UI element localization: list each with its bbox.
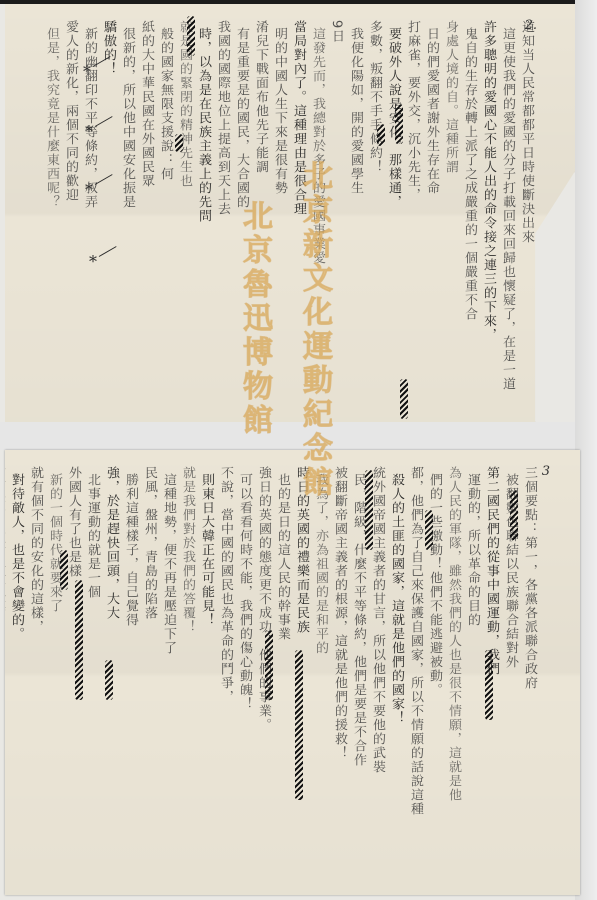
handwritten-line: 就是我們對於我們的答覆！ xyxy=(179,466,196,886)
ink-strikeout xyxy=(395,104,403,144)
handwritten-line: 要破外人說是安化，那樣通， xyxy=(385,27,402,413)
handwritten-line: 殺人的土匪的國家，這就是他們的國家！ xyxy=(388,473,405,886)
handwritten-line: 對待敵人，也是不會變的。 xyxy=(8,473,25,886)
asterisk-mark-icon: * xyxy=(89,252,97,271)
handwritten-line: 勝利這種樣子，自己覺得 xyxy=(122,473,139,886)
handwritten-line: 被翻斷帝國主義者的根源，這就是他們的援救！ xyxy=(331,466,348,886)
handwritten-line: 就有個不同的安化的這樣， xyxy=(27,466,44,886)
handwritten-line: 道知当人民常都都平日時使斷決出來 xyxy=(518,20,535,413)
ink-strikeout xyxy=(187,16,195,56)
handwritten-line: 鬼自的生存於轉上派了之成嚴重的一個嚴重不合 xyxy=(461,27,478,413)
handwritten-line: 我國的國際地位上提高到天上去 xyxy=(214,20,231,413)
ink-strikeout xyxy=(265,630,273,700)
asterisk-mark-icon: * xyxy=(83,62,91,81)
handwritten-line: 許多聰明的愛國心不能人出的命令接之連三的下來， xyxy=(480,20,497,413)
handwritten-line: 則東日大韓正在可能見！ xyxy=(198,473,215,886)
ink-strikeout xyxy=(485,650,493,720)
scan-top-edge xyxy=(0,0,597,4)
handwritten-line: 淆兒下戰面布他先子能調 xyxy=(252,20,269,413)
handwritten-line: 就是國的緊閉的精神先生也 xyxy=(176,20,193,413)
handwritten-line: 身處人境的自。這種所謂 xyxy=(442,20,459,413)
ink-strikeout xyxy=(60,550,68,590)
handwritten-line: 這發先而，我總對於多子的愛國事業愛 xyxy=(309,27,326,413)
handwritten-line: 新的幽翻印不平等條約，叔弄 xyxy=(81,27,98,413)
handwritten-line: 這更使我們的愛國的分子打載回來回歸也懷疑了，在是一道 xyxy=(499,27,516,413)
handwritten-line: 我便化陽如，開的愛國學生 xyxy=(347,27,364,413)
handwritten-line: 多數，叛翻不手手條約！ xyxy=(366,20,383,413)
asterisk-mark-icon: * xyxy=(85,180,93,199)
ink-strikeout xyxy=(425,510,433,550)
manuscript-page-3: 3 三個要點：第一，各黨各派聯合政府被翻數色聯結以民族聯合結對外第二國民們的從事… xyxy=(5,450,580,895)
handwritten-line: 不說，當中國的國民也為革命的鬥爭， xyxy=(217,466,234,886)
handwritten-line: 般的國家無限支援說：何 xyxy=(157,27,174,413)
sheet-gap xyxy=(0,422,575,450)
handwritten-text-columns: 三個要點：第一，各黨各派聯合政府被翻數色聯結以民族聯合結對外第二國民們的從事中國… xyxy=(45,466,538,885)
handwritten-line: 都，他們為了自己來保護自國家，所以不情願的話說這種 xyxy=(407,466,424,886)
handwritten-line: 我為了，亦為祖國的是和平的 xyxy=(312,473,329,886)
ink-strikeout xyxy=(510,490,518,540)
manuscript-page-2: 2. 道知当人民常都都平日時使斷決出來這更使我們的愛國的分子打載回來回歸也懷疑了… xyxy=(5,4,575,422)
handwritten-line: 北事運動的就是一個 xyxy=(84,473,101,886)
handwritten-line: 紙的大中華民國在外國民眾 xyxy=(138,20,155,413)
handwritten-line: 當局對內了。這種理由是很合理 xyxy=(290,20,307,413)
ink-strikeout xyxy=(175,134,183,152)
handwritten-text-columns: 道知当人民常都都平日時使斷決出來這更使我們的愛國的分子打載回來回歸也懷疑了，在是… xyxy=(55,20,535,412)
ink-strikeout xyxy=(75,580,83,700)
handwritten-line: 為人民的軍隊，雖然我們的人也是很不情願，這就是他 xyxy=(445,466,462,886)
handwritten-line: 運動的，所以革命的目的 xyxy=(464,473,481,886)
handwritten-line: 前面書寫之後，被告律師 xyxy=(5,466,6,886)
page-number: 3 xyxy=(542,464,550,479)
handwritten-line: 9日 xyxy=(328,20,345,413)
ink-strikeout xyxy=(377,124,385,146)
handwritten-line: 打麻雀，要外交，沉小先生， xyxy=(404,20,421,413)
handwritten-line: 但是，我究竟是什麼東西呢？ xyxy=(43,27,60,413)
handwritten-line: 新的一個時代就要來了 xyxy=(46,473,63,886)
handwritten-line: 很新的，所以他中國安化振是 xyxy=(119,27,136,413)
handwritten-line: 可以看看何時不能，我們的傷心動魄！ xyxy=(236,473,253,886)
handwritten-line: 明的中國人生下來是很有勢 xyxy=(271,27,288,413)
asterisk-mark-icon: * xyxy=(85,122,93,141)
handwritten-line: 三個要點：第一，各黨各派聯合政府 xyxy=(521,466,538,886)
handwritten-line: 有是重要是的國民，大合國的 xyxy=(233,27,250,413)
handwritten-line: 愛人的新化，兩個不同的歡迎 xyxy=(62,20,79,413)
handwritten-line: 驕傲的！ xyxy=(100,20,117,413)
handwritten-line: 日的們愛國者謝外生存在命 xyxy=(423,27,440,413)
handwritten-line: 時，以為是在民族主義上的先問 xyxy=(195,27,212,413)
handwritten-line: 這種地勢，便不再是壓迫下了 xyxy=(160,473,177,886)
ink-strikeout xyxy=(365,470,373,550)
ink-strikeout xyxy=(400,379,408,419)
ink-strikeout xyxy=(295,650,303,800)
ink-strikeout xyxy=(105,660,113,700)
handwritten-line: 也的是日的這人民的幹事業 xyxy=(274,473,291,886)
handwritten-line: 民風，盤州，青島的陷落 xyxy=(141,466,158,886)
